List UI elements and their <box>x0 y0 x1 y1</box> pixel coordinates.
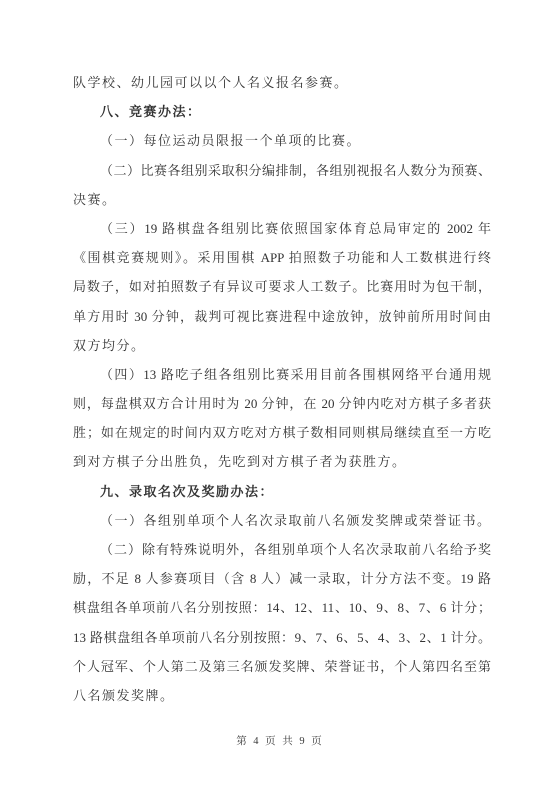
section-heading: 八、竞赛办法： <box>73 97 491 126</box>
text-line: 13 路棋盘组各单项前八名分别按照：9、7、6、5、4、3、2、1 计分。 <box>73 623 491 652</box>
text-line: 八名颁发奖牌。 <box>73 681 491 710</box>
text-line: （四）13 路吃子组各组别比赛采用目前各围棋网络平台通用规 <box>73 360 491 389</box>
text-line: 《围棋竞赛规则》。采用围棋 APP 拍照数子功能和人工数棋进行终 <box>73 243 491 272</box>
text-line: 棋盘组各单项前八名分别按照：14、12、11、10、9、8、7、6 计分； <box>73 593 491 622</box>
page-footer: 第 4 页 共 9 页 <box>0 731 560 749</box>
text-line: 到对方棋子分出胜负，先吃到对方棋子者为获胜方。 <box>73 447 491 476</box>
text-line: （三）19 路棋盘各组别比赛依照国家体育总局审定的 2002 年 <box>73 214 491 243</box>
text-line: 励，不足 8 人参赛项目（含 8 人）减一录取，计分方法不变。19 路 <box>73 564 491 593</box>
text-line: 局数子，如对拍照数子有异议可要求人工数子。比赛用时为包干制， <box>73 272 491 301</box>
text-line: 胜；如在规定的时间内双方吃对方棋子数相同则棋局继续直至一方吃 <box>73 418 491 447</box>
text-line: （一）每位运动员限报一个单项的比赛。 <box>73 126 491 155</box>
text-line: （二）除有特殊说明外，各组别单项个人名次录取前八名给予奖 <box>73 535 491 564</box>
text-line: 双方均分。 <box>73 331 491 360</box>
text-line: 单方用时 30 分钟，裁判可视比赛进程中途放钟，放钟前所用时间由 <box>73 302 491 331</box>
document-page: 队学校、幼儿园可以以个人名义报名参赛。八、竞赛办法：（一）每位运动员限报一个单项… <box>0 0 560 793</box>
document-body: 队学校、幼儿园可以以个人名义报名参赛。八、竞赛办法：（一）每位运动员限报一个单项… <box>73 68 491 710</box>
text-line: 个人冠军、个人第二及第三名颁发奖牌、荣誉证书，个人第四名至第 <box>73 652 491 681</box>
text-line: 则，每盘棋双方合计用时为 20 分钟，在 20 分钟内吃对方棋子多者获 <box>73 389 491 418</box>
text-line: 决赛。 <box>73 185 491 214</box>
text-line: （一）各组别单项个人名次录取前八名颁发奖牌或荣誉证书。 <box>73 506 491 535</box>
text-line: （二）比赛各组别采取积分编排制，各组别视报名人数分为预赛、 <box>73 156 491 185</box>
text-line: 队学校、幼儿园可以以个人名义报名参赛。 <box>73 68 491 97</box>
section-heading: 九、录取名次及奖励办法： <box>73 477 491 506</box>
page-number-indicator: 第 4 页 共 9 页 <box>236 736 324 747</box>
